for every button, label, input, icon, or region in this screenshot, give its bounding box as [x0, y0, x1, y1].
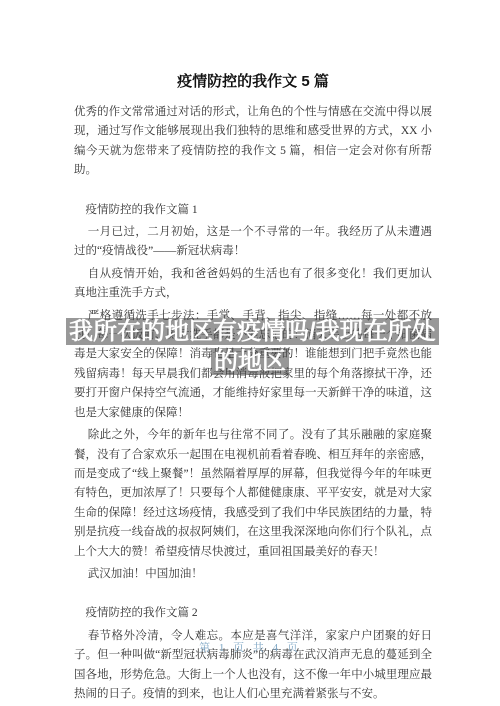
- document-page: 疫情防控的我作文 5 篇 优秀的作文常常通过对话的形式，让角色的个性与情感在交流…: [0, 0, 500, 706]
- paragraph: 武汉加油！中国加油！: [74, 565, 432, 584]
- page-number-indicator: 第 1 页 共 4 页: [0, 641, 500, 655]
- watermark-line-2-row: 的地区: [66, 347, 434, 377]
- document-title: 疫情防控的我作文 5 篇: [74, 73, 432, 91]
- section-heading: 疫情防控的我作文篇 1: [74, 201, 432, 220]
- watermark-text-line-2: 的地区: [211, 348, 289, 375]
- intro-paragraph: 优秀的作文常常通过对话的形式，让角色的个性与情感在交流中得以展现，通过写作文能够…: [74, 103, 432, 181]
- watermark-overlay[interactable]: 我所在的地区有疫情吗/我现在所处 的地区: [66, 317, 434, 377]
- paragraph: 自从疫情开始，我和爸爸妈妈的生活也有了很多变化！我们更加认真地注重洗手方式，: [74, 265, 432, 304]
- essay-sections: 疫情防控的我作文篇 1一月已过，二月初始，这是一个不寻常的一年。我经历了从未遭遇…: [74, 201, 432, 705]
- section-heading: 疫情防控的我作文篇 2: [74, 604, 432, 623]
- watermark-line-1-row: 我所在的地区有疫情吗/我现在所处: [66, 317, 434, 347]
- watermark-text-line-1: 我所在的地区有疫情吗/我现在所处: [66, 318, 439, 345]
- paragraph: 一月已过，二月初始，这是一个不寻常的一年。我经历了从未遭遇过的“疫情战役”——新…: [74, 223, 432, 262]
- paragraph: 春节格外冷清，令人难忘。本应是喜气洋洋，家家户户团聚的好日子。但一种叫做“新型冠…: [74, 627, 432, 705]
- paragraph: 除此之外，今年的新年也与往常不同了。没有了其乐融融的家庭聚餐，没有了合家欢乐一起…: [74, 426, 432, 562]
